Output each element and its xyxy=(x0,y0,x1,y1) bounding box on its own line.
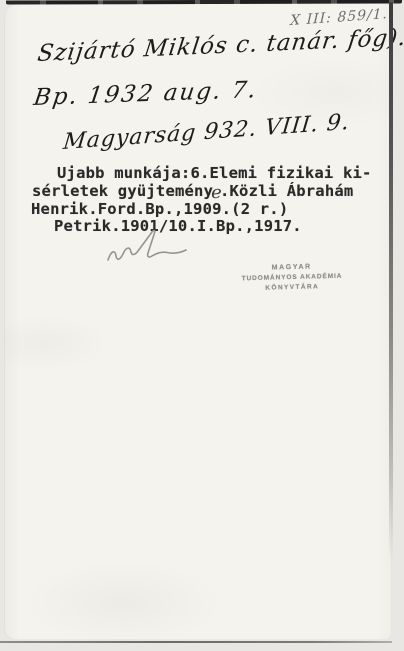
handwritten-date-line: Bp. 1932 aug. 7. xyxy=(32,77,259,111)
typed-line-1: Ujabb munkája:6.Elemi fizikai ki- xyxy=(57,165,392,182)
catalog-card: X III: 859/1. Szijártó Miklós c. tanár. … xyxy=(4,3,392,640)
library-stamp: MAGYAR TUDOMÁNYOS AKADÉMIA KÖNYVTÁRA xyxy=(238,262,347,295)
scan-edge-bottom xyxy=(0,641,392,643)
typed-line-3: Henrik.Ford.Bp.,1909.(2 r.) xyxy=(31,201,392,218)
scan-edge-right xyxy=(389,2,393,562)
typed-line-2-continued: .Közli Ábrahám xyxy=(220,182,353,200)
pencil-signature-scribble xyxy=(102,223,202,269)
typed-line-2-text: sérletek gyüjtemény xyxy=(32,182,213,200)
handwritten-source-line: Magyarság 932. VIII. 9. xyxy=(62,110,351,155)
typed-line-2: sérletek gyüjteménye.Közli Ábrahám xyxy=(32,182,392,200)
scanned-catalog-card-image: X III: 859/1. Szijártó Miklós c. tanár. … xyxy=(0,0,404,651)
handwritten-author-line: Szijártó Miklós c. tanár. főg). † xyxy=(36,24,404,67)
